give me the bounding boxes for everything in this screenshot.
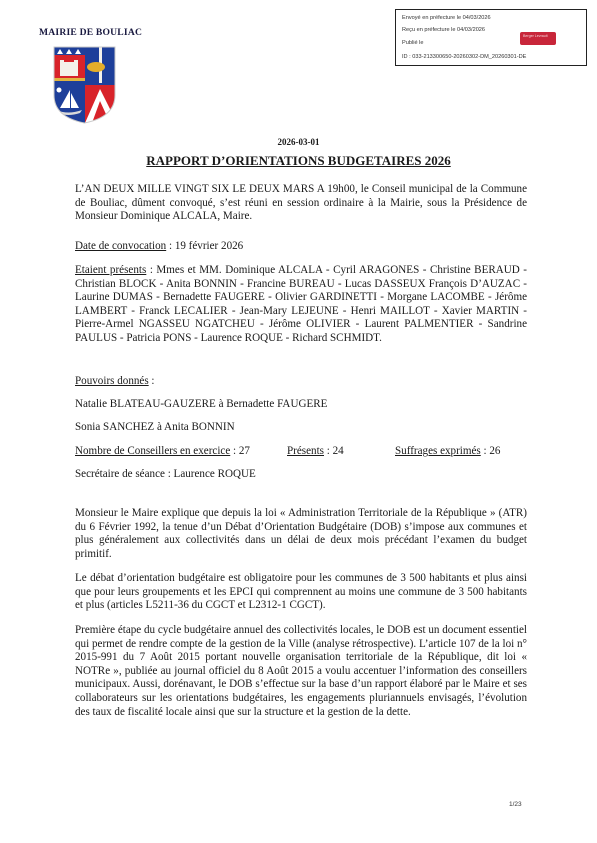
suffrages-label: Suffrages exprimés (395, 445, 481, 457)
page-number: 1/23 (509, 801, 522, 808)
presents-count-value: : 24 (324, 445, 344, 457)
intro-paragraph: L’AN DEUX MILLE VINGT SIX LE DEUX MARS A… (75, 183, 527, 224)
paragraph-atr: Monsieur le Maire explique que depuis la… (75, 507, 527, 561)
stamp-sent: Envoyé en préfecture le 04/03/2026 (402, 15, 491, 21)
convocation-value: : 19 février 2026 (166, 240, 243, 252)
paragraph-obligation: Le débat d’orientation budgétaire est ob… (75, 572, 527, 613)
convocation-line: Date de convocation : 19 février 2026 (75, 240, 527, 254)
presents-label: Etaient présents (75, 264, 146, 276)
intro-text: L’AN DEUX MILLE VINGT SIX LE DEUX MARS A… (75, 183, 527, 224)
berger-levrault-logo-icon: Berger Levrault (520, 32, 556, 45)
paragraph-text: Monsieur le Maire explique que depuis la… (75, 507, 527, 561)
paragraph-notre: Première étape du cycle budgétaire annue… (75, 624, 527, 719)
pouvoir-item: Natalie BLATEAU-GAUZERE à Bernadette FAU… (75, 398, 527, 412)
exercice-value: : 27 (230, 445, 250, 457)
convocation-label: Date de convocation (75, 240, 166, 252)
counts-row: Nombre de Conseillers en exercice : 27 P… (75, 445, 527, 459)
pouvoirs-heading: Pouvoirs donnés : (75, 375, 527, 389)
presents-paragraph: Etaient présents : Mmes et MM. Dominique… (75, 264, 527, 346)
secretaire-line: Secrétaire de séance : Laurence ROQUE (75, 468, 527, 482)
document-date: 2026-03-01 (0, 137, 597, 147)
pouvoirs-suffix: : (149, 375, 155, 387)
stamp-received: Reçu en préfecture le 04/03/2026 (402, 27, 485, 33)
coat-of-arms-icon (52, 45, 117, 125)
document-title: RAPPORT D’ORIENTATIONS BUDGETAIRES 2026 (0, 153, 597, 169)
suffrages-value: : 26 (481, 445, 501, 457)
stamp-published: Publié le (402, 40, 423, 46)
presents-count-label: Présents (287, 445, 324, 457)
paragraph-text: Le débat d’orientation budgétaire est ob… (75, 572, 527, 613)
prefecture-stamp: Envoyé en préfecture le 04/03/2026 Reçu … (395, 9, 587, 66)
stamp-id: ID : 033-213300650-20260302-DM_20260301-… (402, 54, 526, 60)
pouvoirs-label: Pouvoirs donnés (75, 375, 149, 387)
paragraph-text: Première étape du cycle budgétaire annue… (75, 624, 527, 719)
pouvoir-item: Sonia SANCHEZ à Anita BONNIN (75, 421, 527, 435)
exercice-label: Nombre de Conseillers en exercice (75, 445, 230, 457)
mairie-name: MAIRIE DE BOULIAC (39, 27, 142, 38)
